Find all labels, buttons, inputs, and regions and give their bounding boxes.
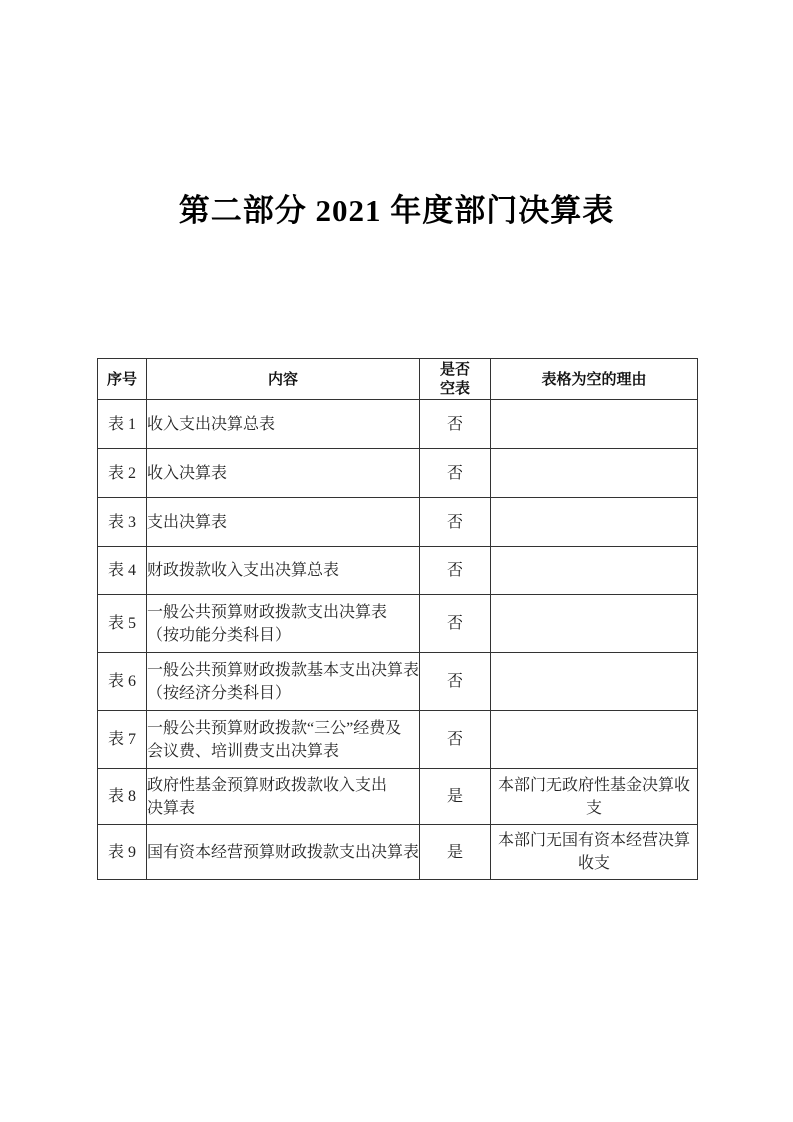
cell-serial: 表 9 — [98, 825, 147, 880]
cell-content: 收入决算表 — [147, 449, 420, 498]
cell-content: 支出决算表 — [147, 498, 420, 547]
header-row: 序号 内容 是否 空表 表格为空的理由 — [98, 359, 698, 400]
cell-content: 国有资本经营预算财政拨款支出决算表 — [147, 825, 420, 880]
table-row: 表 4 财政拨款收入支出决算总表 否 — [98, 547, 698, 595]
cell-is-empty: 否 — [420, 595, 491, 653]
cell-reason — [491, 498, 698, 547]
table-row: 表 6 一般公共预算财政拨款基本支出决算表 （按经济分类科目） 否 — [98, 653, 698, 711]
cell-is-empty: 否 — [420, 653, 491, 711]
cell-content: 政府性基金预算财政拨款收入支出 决算表 — [147, 769, 420, 825]
document-page: 第二部分 2021 年度部门决算表 序号 内容 是否 空表 表格为空的理由 表 … — [0, 0, 793, 1122]
header-cell-is-empty: 是否 空表 — [420, 359, 491, 400]
cell-content: 一般公共预算财政拨款基本支出决算表 （按经济分类科目） — [147, 653, 420, 711]
cell-content: 一般公共预算财政拨款“三公”经费及 会议费、培训费支出决算表 — [147, 711, 420, 769]
cell-serial: 表 3 — [98, 498, 147, 547]
cell-reason: 本部门无国有资本经营决算 收支 — [491, 825, 698, 880]
table-row: 表 5 一般公共预算财政拨款支出决算表 （按功能分类科目） 否 — [98, 595, 698, 653]
cell-is-empty: 否 — [420, 449, 491, 498]
summary-index-table: 序号 内容 是否 空表 表格为空的理由 表 1 收入支出决算总表 否 表 2 收… — [97, 358, 698, 880]
table-row: 表 2 收入决算表 否 — [98, 449, 698, 498]
table-body: 表 1 收入支出决算总表 否 表 2 收入决算表 否 表 3 支出决算表 否 表… — [98, 400, 698, 880]
cell-content: 收入支出决算总表 — [147, 400, 420, 449]
table-row: 表 8 政府性基金预算财政拨款收入支出 决算表 是 本部门无政府性基金决算收 支 — [98, 769, 698, 825]
cell-reason — [491, 595, 698, 653]
header-cell-serial: 序号 — [98, 359, 147, 400]
cell-reason — [491, 400, 698, 449]
table-row: 表 1 收入支出决算总表 否 — [98, 400, 698, 449]
header-cell-content: 内容 — [147, 359, 420, 400]
cell-is-empty: 否 — [420, 547, 491, 595]
cell-content: 财政拨款收入支出决算总表 — [147, 547, 420, 595]
cell-reason — [491, 547, 698, 595]
cell-serial: 表 4 — [98, 547, 147, 595]
header-cell-reason: 表格为空的理由 — [491, 359, 698, 400]
table-row: 表 9 国有资本经营预算财政拨款支出决算表 是 本部门无国有资本经营决算 收支 — [98, 825, 698, 880]
cell-reason — [491, 449, 698, 498]
cell-serial: 表 6 — [98, 653, 147, 711]
cell-serial: 表 5 — [98, 595, 147, 653]
cell-reason: 本部门无政府性基金决算收 支 — [491, 769, 698, 825]
cell-reason — [491, 653, 698, 711]
cell-reason — [491, 711, 698, 769]
cell-serial: 表 2 — [98, 449, 147, 498]
cell-serial: 表 1 — [98, 400, 147, 449]
cell-is-empty: 否 — [420, 498, 491, 547]
cell-serial: 表 7 — [98, 711, 147, 769]
cell-content: 一般公共预算财政拨款支出决算表 （按功能分类科目） — [147, 595, 420, 653]
table-row: 表 7 一般公共预算财政拨款“三公”经费及 会议费、培训费支出决算表 否 — [98, 711, 698, 769]
page-title: 第二部分 2021 年度部门决算表 — [0, 185, 793, 230]
table-row: 表 3 支出决算表 否 — [98, 498, 698, 547]
cell-is-empty: 是 — [420, 769, 491, 825]
cell-is-empty: 否 — [420, 400, 491, 449]
cell-is-empty: 是 — [420, 825, 491, 880]
table-header: 序号 内容 是否 空表 表格为空的理由 — [98, 359, 698, 400]
cell-is-empty: 否 — [420, 711, 491, 769]
cell-serial: 表 8 — [98, 769, 147, 825]
